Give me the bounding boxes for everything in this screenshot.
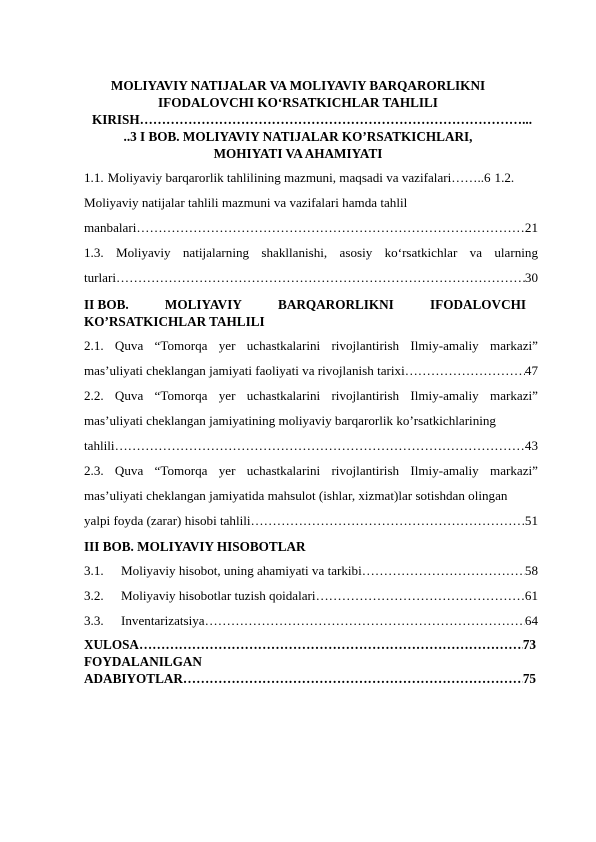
chapter-2-heading-part: II BOB. [84,297,129,313]
toc-entry-references-line-2[interactable]: ADABIYOTLAR 75 [84,671,536,687]
toc-number: 1.1. [84,170,104,186]
toc-page: 61 [525,588,538,604]
toc-entry-kirish[interactable]: KIRISH ... [92,112,532,128]
chapter-2-heading-part: IFODALOVCHI [430,297,526,313]
toc-leader-dots [115,438,525,454]
chapter-2-heading-line-2: KO’RSATKICHLAR TAHLILI [84,314,538,330]
toc-text: manbalari [84,220,136,236]
toc-label: XULOSA [84,637,139,653]
toc-page: 75 [523,671,536,687]
toc-page: 21 [525,220,538,236]
toc-entry-2-2-line-3[interactable]: tahlili 43 [84,438,538,454]
toc-entry-2-2-line-1[interactable]: 2.2. Quva “Tomorqa yer uchastkalarini ri… [84,388,538,404]
toc-leader-dots [205,613,525,629]
toc-leader-dots [316,588,525,604]
toc-page: 6 [484,170,491,186]
toc-number: 1.3. [84,245,104,260]
toc-entry-2-3-line-3[interactable]: yalpi foyda (zarar) hisobi tahlili 51 [84,513,538,529]
toc-leader-dots [251,513,525,529]
toc-text: mas’uliyati cheklangan jamiyati faoliyat… [84,363,405,379]
toc-entry-1-3-line-1[interactable]: 1.3. Moliyaviy natijalarning shakllanish… [84,245,538,261]
toc-text: Quva “Tomorqa yer uchastkalarini rivojla… [115,338,538,353]
toc-page: 47 [525,363,538,379]
toc-entry-xulosa[interactable]: XULOSA 73 [84,637,536,653]
toc-entry-1-2-line-2[interactable]: manbalari 21 [84,220,538,236]
toc-text: Moliyaviy hisobot, uning ahamiyati va ta… [121,563,362,579]
chapter-2-heading-line-1: II BOB. MOLIYAVIY BARQARORLIKNI IFODALOV… [84,297,526,313]
toc-page: 58 [525,563,538,579]
toc-text: Moliyaviy natijalarning shakllanishi, as… [116,245,538,260]
toc-entry-2-2-line-2[interactable]: mas’uliyati cheklangan jamiyatining moli… [84,413,538,429]
toc-entry-2-3-line-2[interactable]: mas’uliyati cheklangan jamiyatida mahsul… [84,488,538,504]
toc-label: KIRISH [92,112,140,128]
toc-text: Moliyaviy barqarorlik tahlilining mazmun… [108,170,452,186]
toc-trailing-number: 1.2. [495,170,515,186]
toc-leader-dots [140,112,522,128]
toc-entry-references-line-1[interactable]: FOYDALANILGAN [84,654,538,670]
toc-leader-dots [183,671,523,687]
toc-entry-2-1-line-1[interactable]: 2.1. Quva “Tomorqa yer uchastkalarini ri… [84,338,538,354]
document-title-line-1: MOLIYAVIY NATIJALAR VA MOLIYAVIY BARQARO… [0,78,596,94]
toc-entry-3-3[interactable]: 3.3. Inventarizatsiya 64 [84,613,538,629]
toc-page: 30 [525,270,538,286]
chapter-2-heading-part: BARQARORLIKNI [278,297,394,313]
toc-number: 2.2. [84,388,104,403]
toc-entry-2-1-line-2[interactable]: mas’uliyati cheklangan jamiyati faoliyat… [84,363,538,379]
document-title-line-2: IFODALOVCHI KO‘RSATKICHLAR TAHLILI [0,95,596,111]
toc-text: yalpi foyda (zarar) hisobi tahlili [84,513,251,529]
toc-entry-3-1[interactable]: 3.1. Moliyaviy hisobot, uning ahamiyati … [84,563,538,579]
toc-number: 3.1. [84,563,121,579]
toc-entry-3-2[interactable]: 3.2. Moliyaviy hisobotlar tuzish qoidala… [84,588,538,604]
toc-text: turlari [84,270,116,286]
toc-text: Moliyaviy hisobotlar tuzish qoidalari [121,588,316,604]
chapter-2-heading-part: MOLIYAVIY [165,297,242,313]
toc-page-kirish: ..3 [124,129,137,144]
toc-entry-1-2-line-1[interactable]: Moliyaviy natijalar tahlili mazmuni va v… [84,195,538,211]
toc-leader-dots [136,220,525,236]
chapter-1-heading: I BOB. MOLIYAVIY NATIJALAR KO’RSATKICHLA… [140,129,472,144]
toc-entry-2-3-line-1[interactable]: 2.3. Quva “Tomorqa yer uchastkalarini ri… [84,463,538,479]
toc-number: 2.1. [84,338,104,353]
toc-leader-dots [116,270,525,286]
toc-entry-1-3-line-2[interactable]: turlari 30 [84,270,538,286]
toc-page: 64 [525,613,538,629]
toc-number: 3.3. [84,613,121,629]
toc-text: Quva “Tomorqa yer uchastkalarini rivojla… [115,388,538,403]
toc-number: 2.3. [84,463,104,478]
chapter-3-heading: III BOB. MOLIYAVIY HISOBOTLAR [84,539,538,555]
toc-page: 51 [525,513,538,529]
toc-page: 73 [523,637,536,653]
toc-label: ADABIYOTLAR [84,671,183,687]
toc-leader-dots [405,363,525,379]
toc-leader-dots [362,563,525,579]
toc-leader-dots [139,637,523,653]
toc-page: 43 [525,438,538,454]
toc-text: tahlili [84,438,115,454]
toc-text: Quva “Tomorqa yer uchastkalarini rivojla… [115,463,538,478]
toc-text: Inventarizatsiya [121,613,205,629]
toc-leader-dots: …….. [451,170,484,186]
toc-number: 3.2. [84,588,121,604]
toc-entry-1-1[interactable]: 1.1. Moliyaviy barqarorlik tahlilining m… [84,170,538,186]
chapter-1-heading-line-1: ..3 I BOB. MOLIYAVIY NATIJALAR KO’RSATKI… [0,129,596,145]
chapter-1-heading-line-2: MOHIYATI VA AHAMIYATI [0,146,596,162]
toc-leader-end: ... [522,112,532,128]
